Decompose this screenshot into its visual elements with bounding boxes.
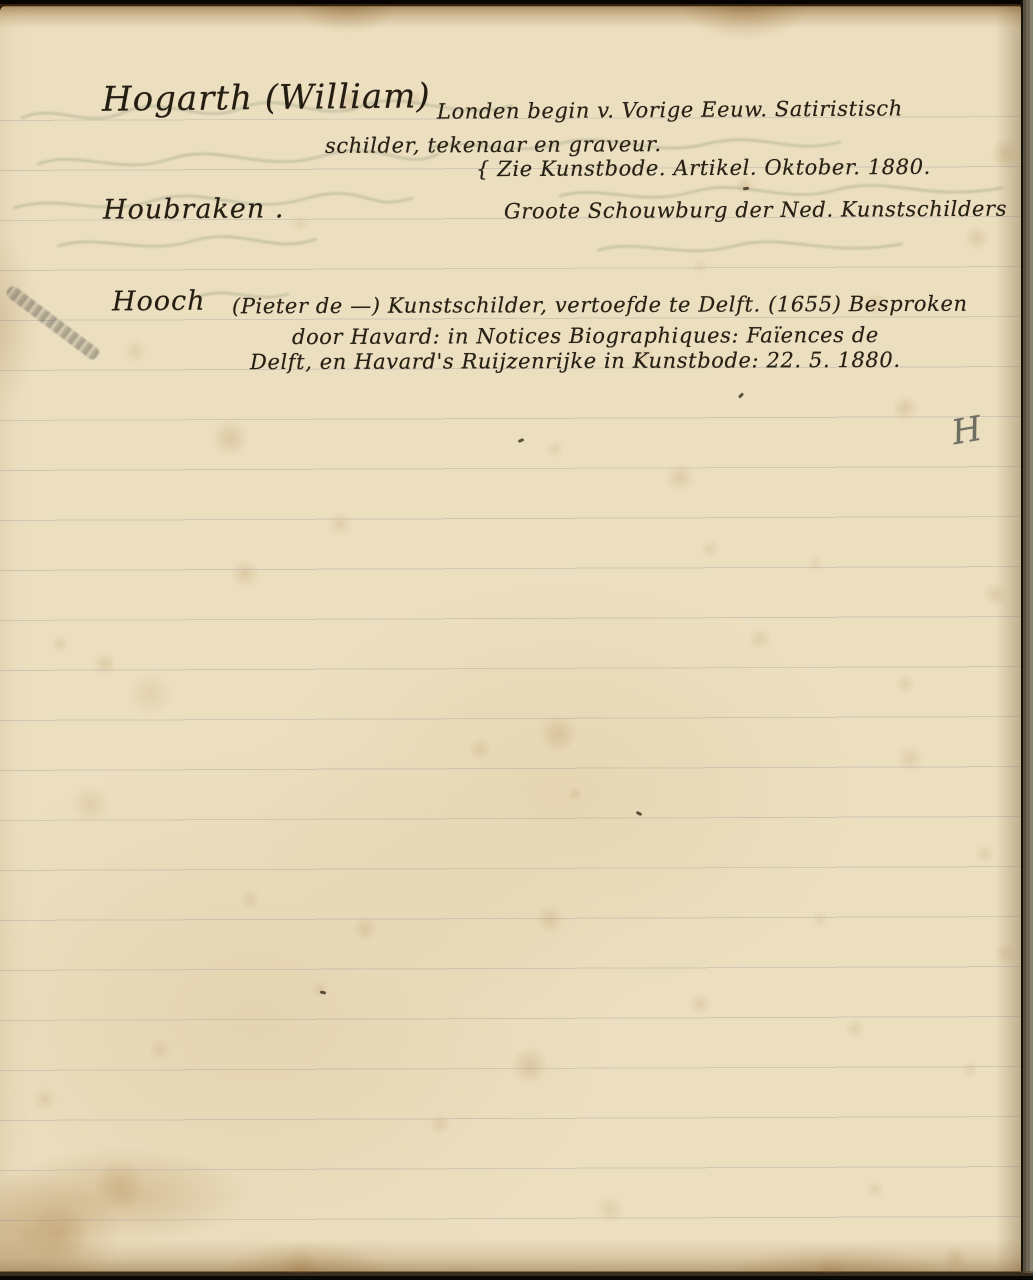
foxing-stain [691, 257, 709, 275]
foxing-stain [688, 992, 712, 1016]
foxing-stain [942, 1245, 968, 1271]
scan-edge-top [0, 0, 1033, 7]
foxing-stain [699, 538, 721, 560]
ink-fleck [738, 392, 744, 398]
pencil-smudge [4, 284, 101, 362]
foxing-stain [894, 673, 916, 695]
entry-hogarth-line3: { Zie Kunstbode. Artikel. Oktober. 1880. [476, 155, 931, 181]
foxing-stain [510, 1046, 550, 1086]
foxing-stain [32, 1086, 58, 1112]
foxing-stain [70, 784, 110, 824]
paper: Hogarth (William) Londen begin v. Vorige… [0, 6, 1021, 1272]
foxing-stain [594, 1193, 626, 1225]
foxing-stain [664, 462, 696, 494]
entry-hooch-line1: (Pieter de —) Kunstschilder, vertoefde t… [232, 292, 968, 319]
entry-hogarth-line1: Londen begin v. Vorige Eeuw. Satiristisc… [437, 96, 903, 123]
foxing-stain [210, 418, 250, 458]
margin-letter-h: H [949, 409, 985, 454]
foxing-stain [844, 1018, 866, 1040]
ink-fleck [636, 811, 643, 817]
foxing-stain [961, 1060, 979, 1078]
foxing-stain [28, 1202, 92, 1266]
foxing-stain [148, 1037, 172, 1061]
foxing-stain [811, 910, 829, 928]
entry-hogarth-line2: schilder, tekenaar en graveur. [325, 132, 662, 158]
foxing-stain [963, 224, 991, 252]
book-edge-right [1021, 0, 1033, 1280]
foxing-stain [994, 943, 1016, 965]
entry-houbraken-name: Houbraken . [103, 193, 285, 225]
foxing-stain [891, 394, 919, 422]
entry-hooch-name: Hooch [112, 286, 206, 318]
entry-houbraken-reference: Groote Schouwburg der Ned. Kunstschilder… [504, 197, 1007, 224]
foxing-stain [50, 634, 70, 654]
ink-fleck [743, 187, 749, 191]
foxing-stain [545, 439, 565, 459]
ink-fleck [320, 990, 327, 994]
foxing-stain [468, 737, 492, 761]
foxing-stain [989, 138, 1021, 170]
ink-fleck [518, 438, 525, 443]
foxing-stain [534, 903, 566, 935]
foxing-stain [229, 558, 261, 590]
foxing-stain [429, 1113, 451, 1135]
foxing-stain [92, 651, 118, 677]
foxing-stain [864, 1178, 886, 1200]
entry-hogarth-name: Hogarth (William) [102, 76, 431, 119]
foxing-stain [94, 1158, 146, 1210]
foxing-stain [290, 214, 310, 234]
foxing-stain [974, 843, 996, 865]
entry-hooch-line3: Delft, en Havard's Ruijzenrijke in Kunst… [250, 348, 901, 374]
entry-hooch-line2: door Havard: in Notices Biographiques: F… [292, 323, 879, 349]
foxing-stain [538, 714, 578, 754]
foxing-stain [352, 916, 378, 942]
foxing-stain [311, 980, 329, 998]
foxing-stain [239, 888, 261, 910]
foxing-stain [895, 744, 925, 774]
foxing-stain [747, 626, 773, 652]
foxing-stain [126, 670, 174, 718]
foxing-stain [806, 555, 824, 573]
foxing-stain [326, 510, 354, 538]
foxing-stain [567, 786, 583, 802]
foxing-stain [122, 338, 148, 364]
scan-edge-bottom [0, 1271, 1033, 1280]
scanned-notebook-page: Hogarth (William) Londen begin v. Vorige… [0, 0, 1033, 1280]
foxing-stain [982, 581, 1008, 607]
